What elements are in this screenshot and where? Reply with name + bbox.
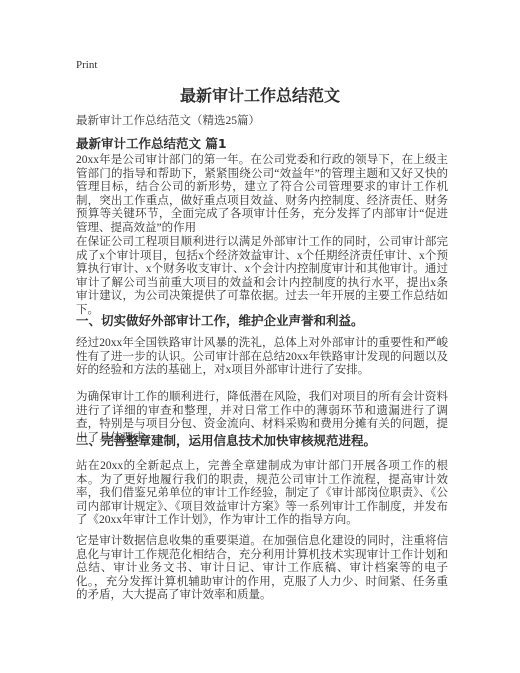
paragraph-information-tech: 它是审计数据信息收集的重要渠道。在加强信息化建设的同时，注重将信息化与审计工作规… (76, 535, 448, 603)
article-subtitle: 最新审计工作总结范文（精选25篇） (76, 112, 448, 128)
section-heading-2: 二、完善整章建制，运用信息技术加快审核规范进程。 (76, 434, 448, 448)
section-heading-1: 一、切实做好外部审计工作，维护企业声誉和利益。 (76, 314, 448, 328)
paragraph-external-audit-1: 经过20xx年全国铁路审计风暴的洗礼，总体上对外部审计的重要性和严峻性有了进一步… (76, 337, 448, 378)
document-page: Print 最新审计工作总结范文 最新审计工作总结范文（精选25篇） 最新审计工… (0, 0, 520, 673)
paragraph-intro: 20xx年是公司审计部门的第一年。在公司党委和行政的领导下，在上级主管部门的指导… (76, 154, 448, 235)
paragraph-overview: 在保证公司工程项目顺利进行以满足外部审计工作的同时，公司审计部完成了x个审计项目… (76, 236, 448, 317)
print-link[interactable]: Print (76, 59, 97, 71)
section-title-part1: 最新审计工作总结范文 篇1 (76, 134, 448, 152)
paragraph-rules-system: 站在20xx的全新起点上，完善全章建制成为审计部门开展各项工作的根本。为了更好地… (76, 460, 448, 528)
page-title: 最新审计工作总结范文 (0, 83, 520, 106)
